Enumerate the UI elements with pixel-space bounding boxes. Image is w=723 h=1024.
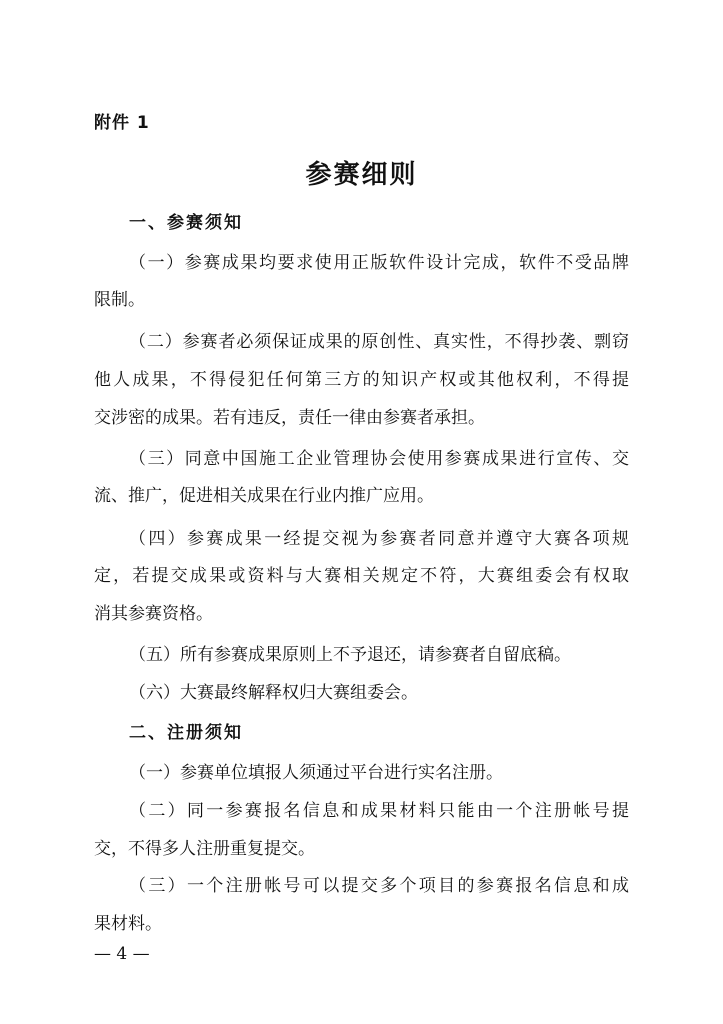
paragraph-line: （六）大赛最终解释权归大赛组委会。 bbox=[129, 678, 418, 703]
paragraph-line: （二）同一参赛报名信息和成果材料只能由一个注册帐号提 bbox=[129, 796, 629, 821]
paragraph-line: 他人成果，不得侵犯任何第三方的知识产权或其他权利，不得提 bbox=[94, 365, 629, 390]
page-number: — 4 — bbox=[94, 944, 150, 964]
document-page: 附件 1 参赛细则 一、参赛须知 （一）参赛成果均要求使用正版软件设计完成，软件… bbox=[0, 0, 723, 1024]
paragraph-line: （五）所有参赛成果原则上不予退还，请参赛者自留底稿。 bbox=[129, 640, 571, 665]
section-heading-registration-notice: 二、注册须知 bbox=[129, 718, 243, 743]
paragraph-line: 定，若提交成果或资料与大赛相关规定不符，大赛组委会有权取 bbox=[94, 561, 629, 586]
paragraph-line: （四）参赛成果一经提交视为参赛者同意并遵守大赛各项规 bbox=[129, 524, 629, 549]
paragraph-line: （一）参赛单位填报人须通过平台进行实名注册。 bbox=[129, 758, 503, 783]
paragraph-line: 交涉密的成果。若有违反，责任一律由参赛者承担。 bbox=[94, 403, 485, 428]
document-title: 参赛细则 bbox=[0, 154, 723, 191]
paragraph-line: （三）一个注册帐号可以提交多个项目的参赛报名信息和成 bbox=[129, 871, 629, 896]
paragraph-line: 流、推广，促进相关成果在行业内推广应用。 bbox=[94, 481, 434, 506]
attachment-label: 附件 1 bbox=[94, 108, 150, 133]
paragraph-line: 限制。 bbox=[94, 285, 145, 310]
section-heading-entry-notice: 一、参赛须知 bbox=[129, 208, 243, 233]
paragraph-line: 果材料。 bbox=[94, 909, 162, 934]
paragraph-line: （二）参赛者必须保证成果的原创性、真实性，不得抄袭、剽窃 bbox=[129, 327, 629, 352]
paragraph-line: （三）同意中国施工企业管理协会使用参赛成果进行宣传、交 bbox=[129, 444, 629, 469]
paragraph-line: 交，不得多人注册重复提交。 bbox=[94, 834, 315, 859]
paragraph-line: （一）参赛成果均要求使用正版软件设计完成，软件不受品牌 bbox=[129, 248, 629, 273]
paragraph-line: 消其参赛资格。 bbox=[94, 599, 213, 624]
